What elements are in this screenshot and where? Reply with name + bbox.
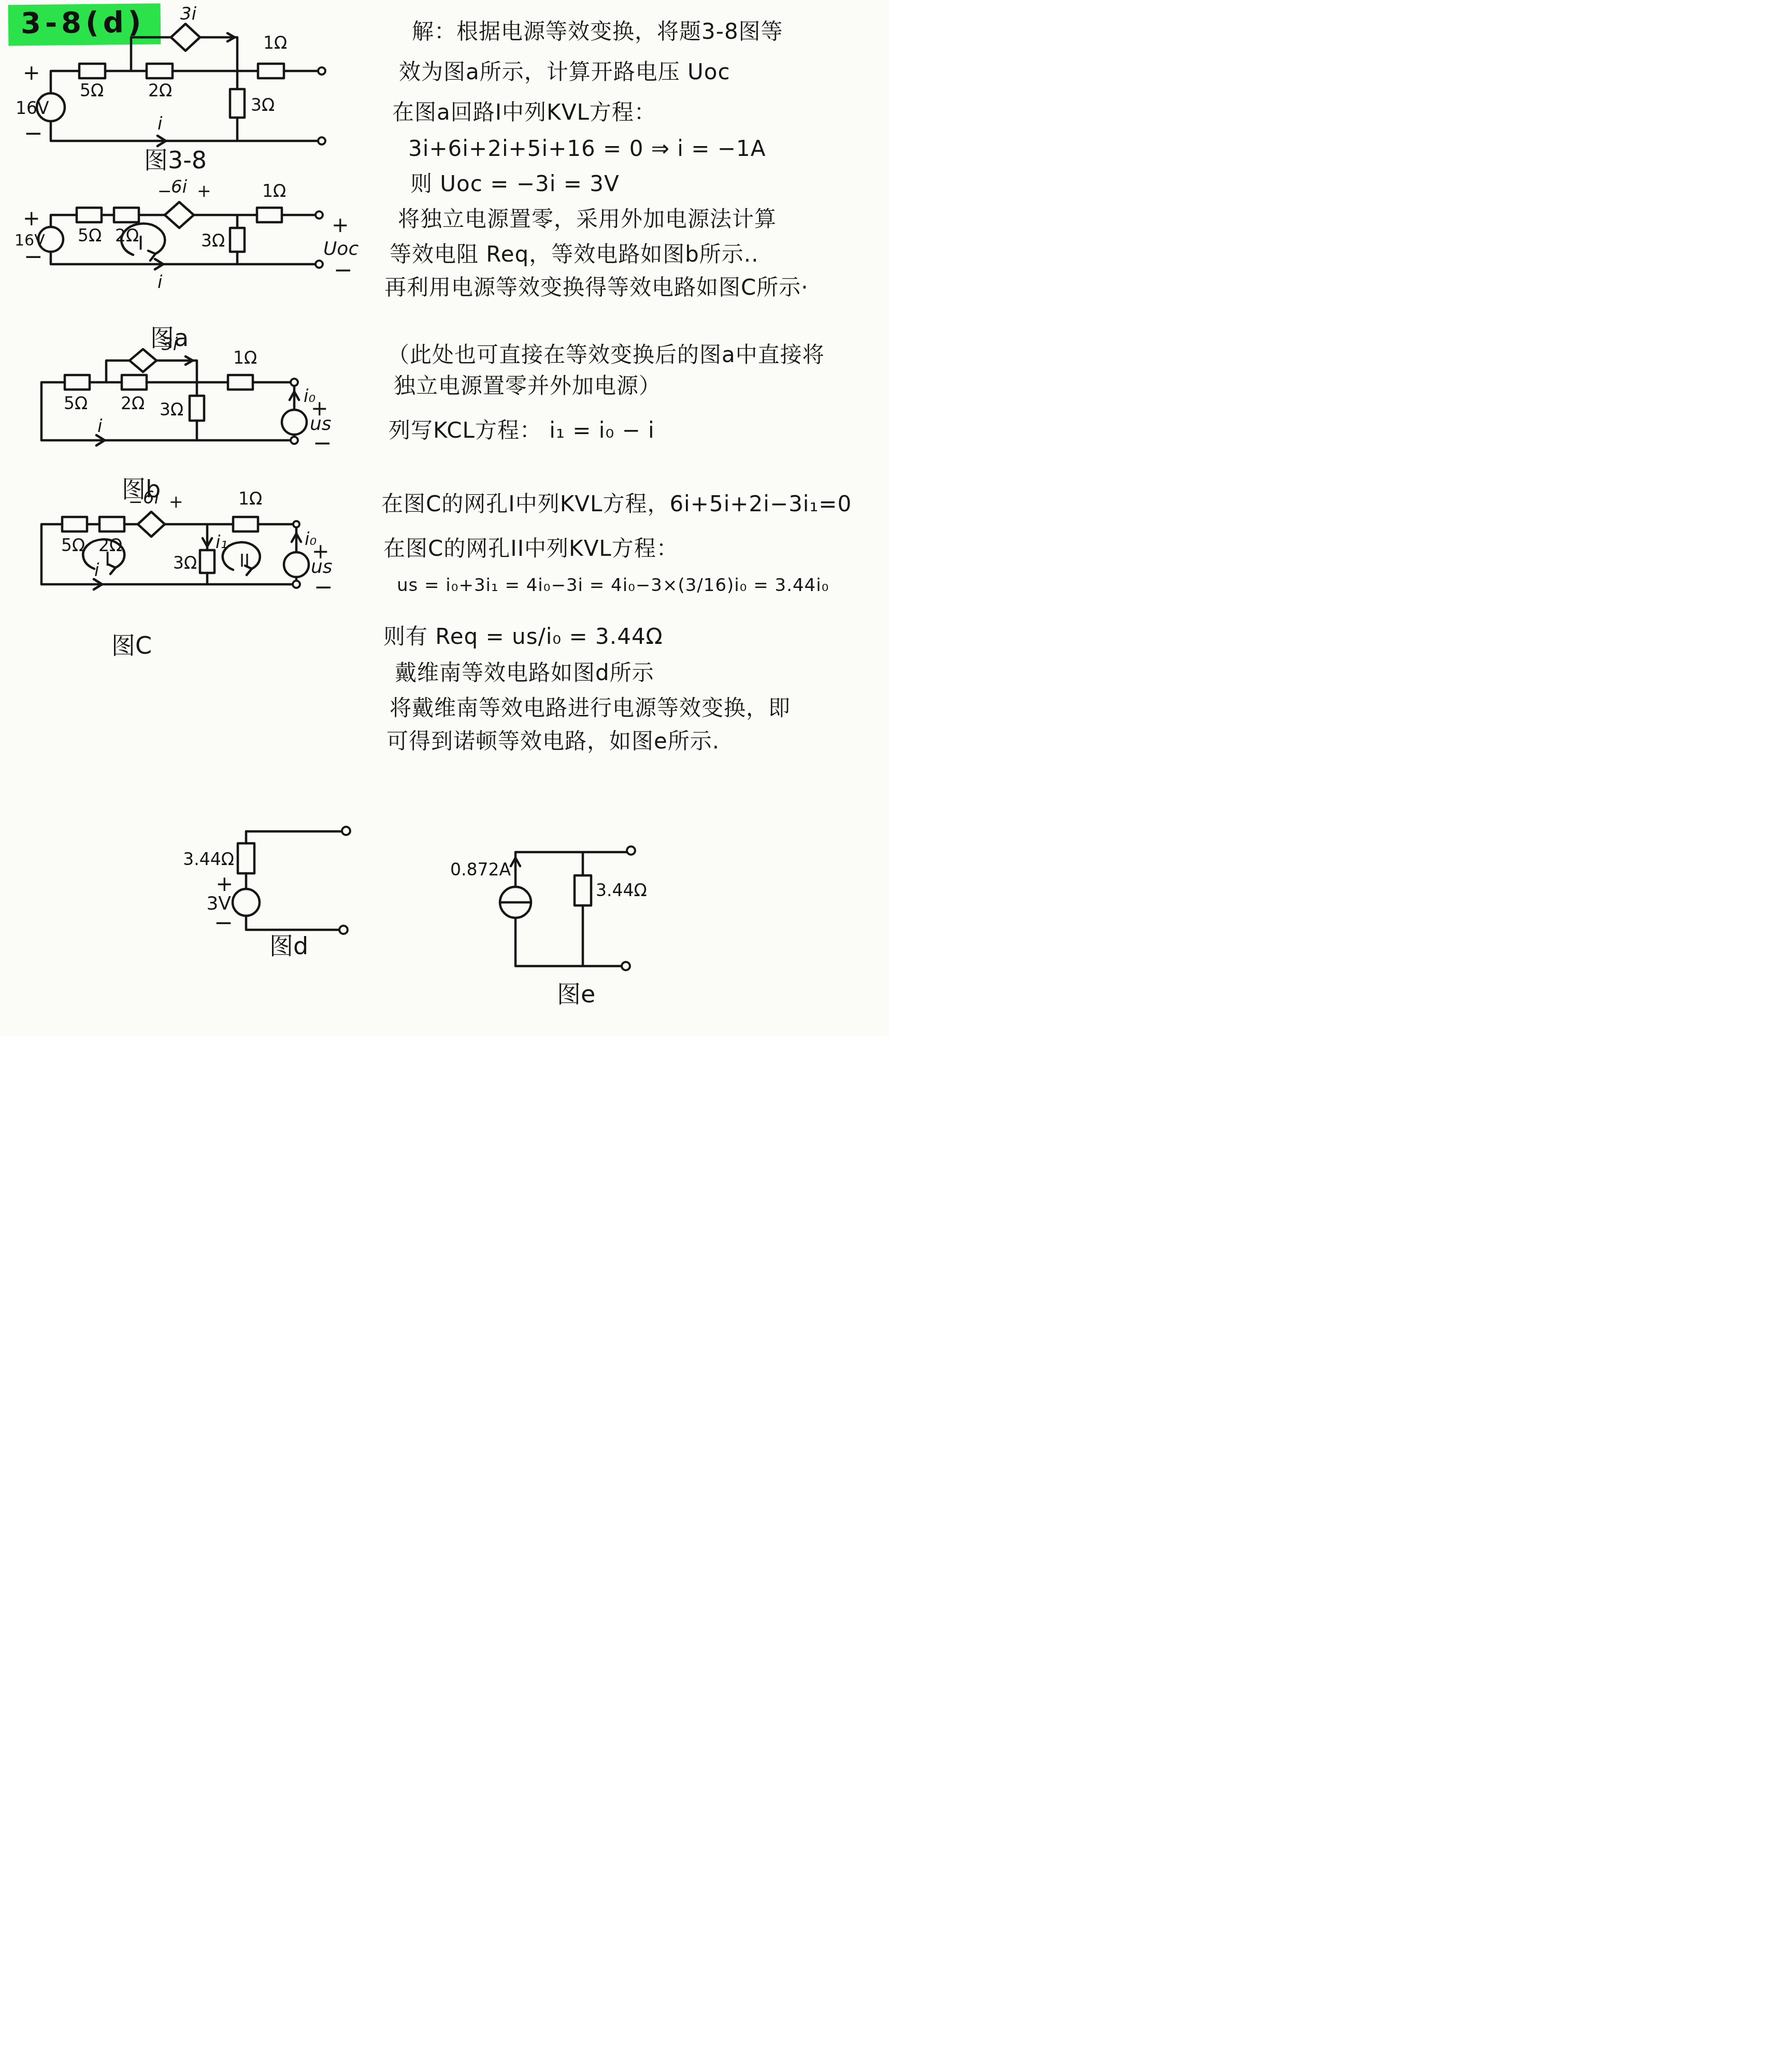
voltage-source-3v bbox=[233, 889, 260, 916]
terminal-bottom bbox=[622, 962, 630, 970]
source-minus-label: − bbox=[24, 243, 43, 270]
resistor-3_44ohm bbox=[238, 843, 254, 873]
dep-source-label: 3i bbox=[162, 334, 178, 355]
resistor-1ohm bbox=[228, 375, 253, 390]
r1-label: 1Ω bbox=[233, 348, 257, 368]
resistor-2ohm bbox=[147, 64, 173, 78]
r3-label: 3Ω bbox=[251, 95, 275, 115]
resistor-5ohm bbox=[65, 375, 90, 390]
solution-line-1: 解：根据电源等效变换，将题3-8图等 bbox=[412, 15, 783, 46]
solution-line-11: 列写KCL方程： i₁ = i₀ − i bbox=[389, 413, 655, 444]
resistor-3_44ohm bbox=[575, 875, 591, 905]
i1-label: i₁ bbox=[216, 532, 227, 553]
terminal-top bbox=[293, 521, 299, 527]
r1-label: 1Ω bbox=[262, 181, 286, 201]
source-plus-label: + bbox=[23, 207, 40, 231]
us-minus-label: − bbox=[314, 574, 333, 600]
dep-plus-label: + bbox=[169, 492, 183, 512]
dependent-voltage-source bbox=[165, 202, 194, 228]
terminal-bottom bbox=[318, 137, 325, 145]
solution-line-7: 等效电阻 Req，等效电路如图b所示.. bbox=[390, 237, 759, 268]
source-minus-label: − bbox=[24, 120, 43, 147]
resistor-3ohm bbox=[230, 89, 245, 118]
wires bbox=[501, 852, 627, 966]
solution-line-18: 可得到诺顿等效电路，如图e所示. bbox=[386, 724, 720, 755]
source-value-label: 16V bbox=[16, 98, 49, 118]
circuit-fig-3-8: + 16V − 5Ω 2Ω 3i 1Ω 3Ω i 图3-8 bbox=[15, 11, 377, 175]
r-label: 3.44Ω bbox=[183, 849, 234, 869]
us-minus-label: − bbox=[313, 430, 332, 456]
uoc-plus-label: + bbox=[332, 213, 349, 237]
solution-line-13: 在图C的网孔II中列KVL方程： bbox=[383, 531, 679, 563]
terminal-bottom bbox=[339, 926, 348, 934]
dep-source-label: 3i bbox=[180, 4, 197, 24]
solution-line-17: 将戴维南等效电路进行电源等效变换，即 bbox=[390, 691, 791, 722]
solution-line-15: 则有 Req = us/i₀ = 3.44Ω bbox=[383, 620, 663, 651]
wires bbox=[246, 831, 342, 930]
terminal-bottom bbox=[291, 437, 298, 444]
r2-label: 2Ω bbox=[121, 393, 145, 413]
r5-label: 5Ω bbox=[80, 80, 104, 100]
r3-label: 3Ω bbox=[160, 399, 183, 420]
r2-label: 2Ω bbox=[115, 225, 139, 246]
solution-line-12: 在图C的网孔I中列KVL方程，6i+5i+2i−3i₁=0 bbox=[381, 487, 852, 518]
resistor-1ohm bbox=[258, 64, 284, 78]
terminal-top bbox=[318, 67, 325, 75]
circuit-fig-e: 0.872A 3.44Ω 图e bbox=[466, 824, 689, 1010]
current-label: i bbox=[157, 272, 163, 293]
i-src-label: 0.872A bbox=[450, 859, 511, 880]
terminal-top bbox=[342, 827, 350, 835]
dep-minus-label: − bbox=[157, 181, 172, 201]
caption: 图e bbox=[557, 980, 595, 1008]
solution-line-3: 在图a回路I中列KVL方程： bbox=[392, 95, 656, 126]
solution-line-8: 再利用电源等效变换得等效电路如图C所示· bbox=[384, 270, 809, 301]
arrowheads bbox=[94, 534, 301, 589]
resistor-1ohm bbox=[233, 517, 258, 531]
external-source-us bbox=[282, 410, 307, 435]
loop1-label: I bbox=[105, 548, 110, 570]
caption: 图C bbox=[111, 631, 152, 659]
uoc-minus-label: − bbox=[334, 257, 353, 283]
terminal-top bbox=[291, 379, 298, 386]
solution-line-9: （此处也可直接在等效变换后的图a中直接将 bbox=[388, 338, 825, 369]
solution-line-16: 戴维南等效电路如图d所示 bbox=[395, 656, 654, 687]
current-label: i bbox=[94, 560, 99, 581]
external-source-us bbox=[284, 552, 309, 577]
uoc-label: Uoc bbox=[323, 238, 359, 260]
resistor-1ohm bbox=[257, 208, 282, 222]
r5-label: 5Ω bbox=[64, 393, 88, 413]
r5-label: 5Ω bbox=[78, 225, 102, 246]
r2-label: 2Ω bbox=[148, 80, 172, 100]
circuit-fig-c: 5Ω 2Ω − 6i + i₁ 3Ω I II 1Ω i₀ + us − i 图… bbox=[10, 492, 373, 663]
terminal-bottom bbox=[293, 581, 300, 588]
resistor-3ohm bbox=[200, 550, 214, 573]
resistor-5ohm bbox=[77, 208, 102, 222]
terminal-top bbox=[627, 846, 635, 855]
source-plus-label: + bbox=[23, 61, 40, 85]
terminal-bottom bbox=[316, 261, 323, 268]
dependent-current-source bbox=[130, 349, 156, 372]
solution-line-6: 将独立电源置零，采用外加电源法计算 bbox=[398, 202, 777, 233]
resistor-5ohm bbox=[79, 64, 105, 78]
dependent-voltage-source bbox=[138, 512, 165, 537]
dep-source-label: 6i bbox=[171, 177, 188, 197]
r-label: 3.44Ω bbox=[596, 880, 647, 900]
solution-line-4: 3i+6i+2i+5i+16 = 0 ⇒ i = −1A bbox=[408, 136, 766, 161]
resistor-2ohm bbox=[122, 375, 147, 390]
handwritten-solution-page: 3-8(d) + 16V − 5Ω 2Ω 3i 1Ω 3Ω i 图3-8 bbox=[0, 0, 889, 1036]
dep-plus-label: + bbox=[197, 181, 211, 201]
r3-label: 3Ω bbox=[173, 553, 197, 573]
circuit-fig-a: + 16V − 5Ω 2Ω − 6i + I 3Ω 1Ω i + Uoc − 图… bbox=[15, 176, 377, 350]
r5-label: 5Ω bbox=[61, 535, 85, 555]
solution-line-2: 效为图a所示，计算开路电压 Uoc bbox=[399, 55, 730, 86]
caption: 图3-8 bbox=[144, 146, 207, 174]
resistor-3ohm bbox=[190, 396, 204, 421]
resistor-3ohm bbox=[230, 228, 245, 252]
dep-source-label: 6i bbox=[143, 487, 160, 508]
solution-line-10: 独立电源置零并外加电源） bbox=[394, 369, 661, 400]
resistor-2ohm bbox=[114, 208, 139, 222]
current-label: i bbox=[97, 416, 103, 437]
resistor-5ohm bbox=[62, 517, 87, 531]
circuit-fig-d: 3.44Ω + 3V − 图d bbox=[192, 813, 368, 958]
current-label: i bbox=[157, 113, 163, 134]
caption: 图d bbox=[269, 932, 308, 960]
loop2-label: II bbox=[239, 551, 250, 571]
terminal-top bbox=[316, 211, 323, 219]
solution-line-5: 则 Uoc = −3i = 3V bbox=[410, 167, 620, 198]
r1-label: 1Ω bbox=[263, 33, 287, 53]
r3-label: 3Ω bbox=[201, 231, 225, 251]
v-minus-label: − bbox=[214, 910, 233, 936]
resistor-2ohm bbox=[99, 517, 124, 531]
solution-line-14: us = i₀+3i₁ = 4i₀−3i = 4i₀−3×(3/16)i₀ = … bbox=[397, 575, 829, 596]
circuit-fig-b: 5Ω 2Ω 3i 3Ω 1Ω i₀ + us − i 图b bbox=[10, 342, 373, 515]
dependent-current-source bbox=[171, 24, 200, 51]
r1-label: 1Ω bbox=[238, 488, 262, 509]
loop-label: I bbox=[138, 232, 144, 254]
dep-minus-label: − bbox=[128, 492, 143, 512]
